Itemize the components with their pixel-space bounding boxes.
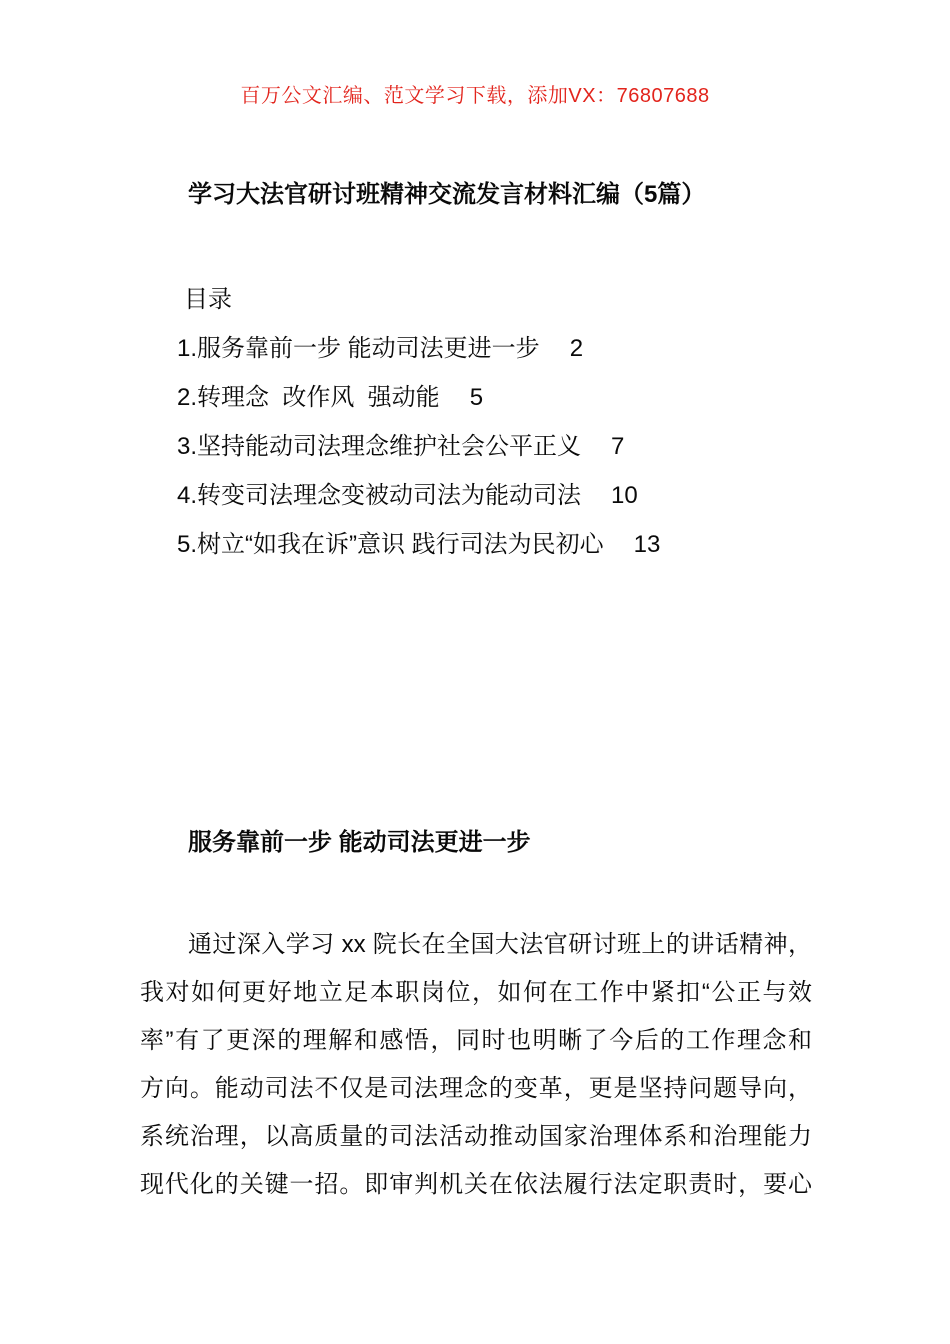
toc-item-label: 3.坚持能动司法理念维护社会公平正义 — [177, 433, 581, 460]
toc-heading: 目录 — [140, 275, 830, 324]
toc-item-label: 1.服务靠前一步 能动司法更进一步 — [177, 335, 540, 362]
toc-item-label: 2.转理念 改作风 强动能 — [177, 384, 440, 411]
body-line: 我对如何更好地立足本职岗位，如何在工作中紧扣“公正与效 — [140, 969, 812, 1017]
toc-item-page: 13 — [634, 531, 661, 558]
body-line: 通过深入学习 xx 院长在全国大法官研讨班上的讲话精神， — [140, 921, 812, 969]
promo-notice: 百万公文汇编、范文学习下载，添加VX：76807688 — [0, 84, 950, 108]
toc-item-page: 5 — [470, 384, 483, 411]
table-of-contents: 目录 1.服务靠前一步 能动司法更进一步2 2.转理念 改作风 强动能5 3.坚… — [140, 275, 830, 569]
toc-item[interactable]: 4.转变司法理念变被动司法为能动司法10 — [140, 471, 830, 520]
body-line: 系统治理，以高质量的司法活动推动国家治理体系和治理能力 — [140, 1113, 812, 1161]
section-heading: 服务靠前一步 能动司法更进一步 — [140, 828, 820, 858]
toc-item[interactable]: 5.树立“如我在诉”意识 践行司法为民初心13 — [140, 520, 830, 569]
body-paragraph: 通过深入学习 xx 院长在全国大法官研讨班上的讲话精神， 我对如何更好地立足本职… — [140, 921, 812, 1209]
toc-item[interactable]: 2.转理念 改作风 强动能5 — [140, 373, 830, 422]
document-title: 学习大法官研讨班精神交流发言材料汇编（5篇） — [140, 180, 820, 210]
toc-item-page: 7 — [611, 433, 624, 460]
toc-item[interactable]: 3.坚持能动司法理念维护社会公平正义7 — [140, 422, 830, 471]
toc-item-label: 5.树立“如我在诉”意识 践行司法为民初心 — [177, 531, 604, 558]
toc-item-page: 2 — [570, 335, 583, 362]
body-line: 率”有了更深的理解和感悟，同时也明晰了今后的工作理念和 — [140, 1017, 812, 1065]
document-page: 百万公文汇编、范文学习下载，添加VX：76807688 学习大法官研讨班精神交流… — [0, 0, 950, 1344]
toc-item[interactable]: 1.服务靠前一步 能动司法更进一步2 — [140, 324, 830, 373]
toc-item-label: 4.转变司法理念变被动司法为能动司法 — [177, 482, 581, 509]
body-line: 现代化的关键一招。即审判机关在依法履行法定职责时，要心 — [140, 1161, 812, 1209]
body-line: 方向。能动司法不仅是司法理念的变革，更是坚持问题导向， — [140, 1065, 812, 1113]
toc-item-page: 10 — [611, 482, 638, 509]
